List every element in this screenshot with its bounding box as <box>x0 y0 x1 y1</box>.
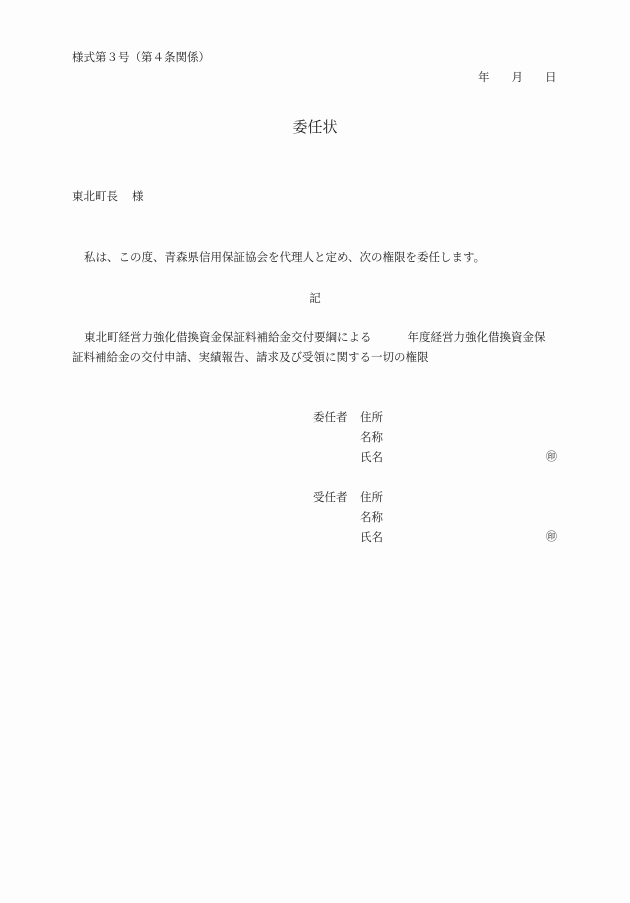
ki-heading: 記 <box>0 291 630 305</box>
addressee-name: 東北町長 <box>72 189 118 203</box>
delegator-name-label: 氏名 <box>360 450 383 464</box>
form-number: 様式第３号（第４条関係） <box>72 50 210 64</box>
authority-text-line1: 東北町経営力強化借換資金保証料補給金交付要綱による年度経営力強化借換資金保 <box>84 330 546 344</box>
authority-text-part-b: 年度経営力強化借換資金保 <box>408 330 546 344</box>
date-year-label: 年 <box>478 70 490 84</box>
document-title: 委任状 <box>0 118 630 136</box>
delegator-company-label: 名称 <box>360 430 383 444</box>
date-day-label: 日 <box>545 70 557 84</box>
intro-statement: 私は、この度、青森県信用保証協会を代理人と定め、次の権限を委任します。 <box>84 250 485 264</box>
delegate-role: 受任者 <box>313 490 348 504</box>
delegator-role: 委任者 <box>313 410 348 424</box>
delegate-seal-icon: ㊞ <box>546 530 557 544</box>
date-line: 年月日 <box>478 70 557 84</box>
authority-text-part-a: 東北町経営力強化借換資金保証料補給金交付要綱による <box>84 330 372 344</box>
delegate-name-label: 氏名 <box>360 530 383 544</box>
authority-text-line2: 証料補給金の交付申請、実績報告、請求及び受領に関する一切の権限 <box>72 350 429 364</box>
date-month-label: 月 <box>512 70 524 84</box>
delegate-company-label: 名称 <box>360 510 383 524</box>
delegator-seal-icon: ㊞ <box>546 450 557 464</box>
addressee: 東北町長様 <box>72 189 144 203</box>
addressee-honorific: 様 <box>132 189 144 203</box>
delegator-address-label: 住所 <box>360 410 383 424</box>
delegate-address-label: 住所 <box>360 490 383 504</box>
